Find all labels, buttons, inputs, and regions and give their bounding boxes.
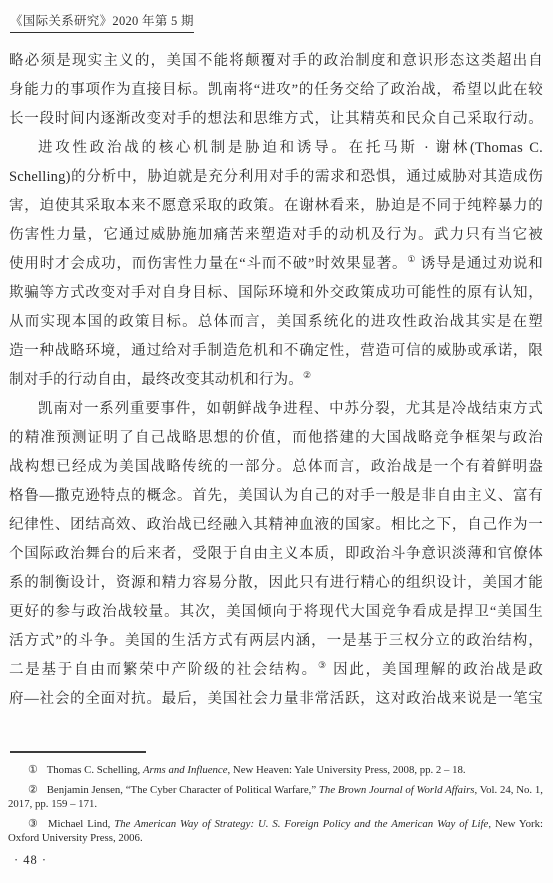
- footnote-title-italic: The Brown Journal of World Affairs: [319, 784, 475, 796]
- footnotes: ①Thomas C. Schelling, Arms and Influence…: [8, 764, 543, 852]
- footnote-text: Thomas C. Schelling,: [47, 764, 143, 776]
- text-line: 格鲁—撒克逊特点的概念。首先，美国认为自己的对手一般是非自由主义、富有: [9, 482, 543, 511]
- footnote-title-italic: Arms and Influence: [143, 764, 228, 776]
- text-line: 使用时才会成功，而伤害性力量在“斗而不破”时效果显著。① 诱导是通过劝说和: [9, 250, 543, 279]
- body-text: 略必须是现实主义的，美国不能将颠覆对手的政治制度和意识形态这类超出自身能力的事项…: [9, 47, 543, 714]
- text-line: 纪律性、团结高效、政治战已经融入其精神血液的国家。相比之下，自己作为一: [9, 511, 543, 540]
- footnote-ref-mark: ③: [318, 660, 328, 670]
- footnote-marker: ①: [28, 764, 38, 776]
- text-line: 战构想已经成为美国战略传统的一部分。总体而言，政治战是一个有着鲜明盎: [9, 453, 543, 482]
- footnote: ③Michael Lind, The American Way of Strat…: [8, 818, 543, 846]
- text-line: 欺骗等方式改变对手对自身目标、国际环境和外交政策成功可能性的原有认知，: [9, 279, 543, 308]
- text-line: 二是基于自由而繁荣中产阶级的社会结构。③ 因此，美国理解的政治战是政: [9, 656, 543, 685]
- text-line: 系的制衡设计，资源和精力容易分散，因此只有进行精心的组织设计，美国才能: [9, 569, 543, 598]
- footnote: ①Thomas C. Schelling, Arms and Influence…: [8, 764, 543, 778]
- footnote-text: Michael Lind,: [48, 818, 114, 830]
- footnote-marker: ②: [28, 784, 38, 796]
- running-header: 《国际关系研究》2020 年第 5 期: [10, 11, 194, 33]
- text-line: Schelling)的分析中，胁迫就是充分利用对手的需求和恐惧，通过威胁对其造成…: [9, 163, 543, 192]
- text-line: 的精准预测证明了自己战略思想的价值，而他搭建的大国战略竞争框架与政治: [9, 424, 543, 453]
- text-line: 活方式”的斗争。美国的生活方式有两层内涵，一是基于三权分立的政治结构，: [9, 627, 543, 656]
- footnote-title-italic: The American Way of Strategy: U. S. Fore…: [114, 818, 488, 830]
- text-line: 制对手的行动自由，最终改变其动机和行为。②: [9, 366, 543, 395]
- footnote-ref-mark: ①: [407, 254, 416, 264]
- text-line: 略必须是现实主义的，美国不能将颠覆对手的政治制度和意识形态这类超出自: [9, 47, 543, 76]
- text-line: 从而实现本国的政策目标。总体而言，美国系统化的进攻性政治战其实是在塑: [9, 308, 543, 337]
- footnote: ②Benjamin Jensen, “The Cyber Character o…: [8, 784, 543, 812]
- text-line: 更好的参与政治战较量。其次，美国倾向于将现代大国竞争看成是捍卫“美国生: [9, 598, 543, 627]
- text-line: 个国际政治舞台的后来者，受限于自由主义本质，即政治斗争意识淡薄和官僚体: [9, 540, 543, 569]
- footnote-separator: [10, 751, 146, 753]
- footnote-text: , New Heaven: Yale University Press, 200…: [228, 764, 466, 776]
- text-line: 身能力的事项作为直接目标。凯南将“进攻”的任务交给了政治战，希望以此在较: [9, 76, 543, 105]
- text-line: 长一段时间内逐渐改变对手的想法和思维方式，让其精英和民众自己采取行动。: [9, 105, 543, 134]
- text-line: 害，迫使其采取本来不愿意采取的政策。在谢林看来，胁迫是不同于纯粹暴力的: [9, 192, 543, 221]
- text-line: 造一种战略环境，通过给对手制造危机和不确定性，营造可信的威胁或承诺，限: [9, 337, 543, 366]
- text-line: 进攻性政治战的核心机制是胁迫和诱导。在托马斯 · 谢林(Thomas C.: [9, 134, 543, 163]
- text-line: 凯南对一系列重要事件，如朝鲜战争进程、中苏分裂，尤其是冷战结束方式: [9, 395, 543, 424]
- text-line: 伤害性力量，它通过威胁施加痛苦来塑造对手的动机及行为。武力只有当它被: [9, 221, 543, 250]
- footnote-text: Benjamin Jensen, “The Cyber Character of…: [47, 784, 319, 796]
- footnote-ref-mark: ②: [303, 370, 311, 380]
- journal-page: 《国际关系研究》2020 年第 5 期 略必须是现实主义的，美国不能将颠覆对手的…: [0, 0, 553, 883]
- footnote-marker: ③: [28, 818, 39, 830]
- page-number: · 48 ·: [14, 853, 47, 868]
- text-line: 府—社会的全面对抗。最后，美国社会力量非常活跃，这对政治战来说是一笔宝: [9, 685, 543, 714]
